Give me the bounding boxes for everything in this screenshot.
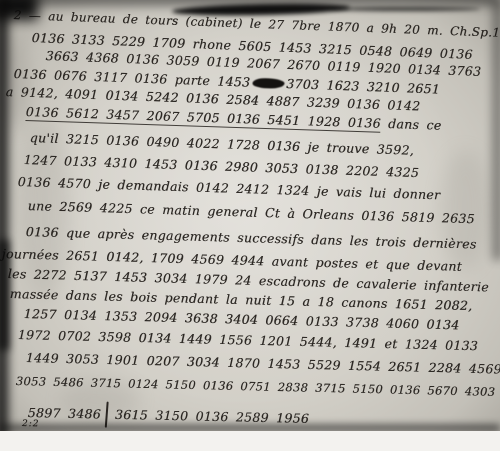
photo-of-document: 2 — au bureau de tours (cabinet) le 27 7… xyxy=(0,0,500,451)
handwritten-line: 1449 3053 1901 0207 3034 1870 1453 5529 … xyxy=(26,350,500,377)
code-groups: 3703 1623 3210 2651 xyxy=(286,76,440,97)
handwritten-line: 0136 que après engagements successifs da… xyxy=(26,224,477,252)
page-mark: 2:2 xyxy=(22,419,40,429)
line-tail: dans ce xyxy=(388,116,442,133)
handwritten-line: 3053 5486 3715 0124 5150 0136 0751 2838 … xyxy=(16,374,496,399)
photo-edge-top xyxy=(0,0,500,4)
pen-stroke xyxy=(105,402,109,428)
ink-blot xyxy=(252,78,284,89)
scanned-cipher-dispatch: { "photo": { "paper_color": "#d2cfc7", "… xyxy=(0,0,500,451)
handwritten-line: une 2569 4225 ce matin general Ct à Orle… xyxy=(28,198,476,226)
handwritten-line: 5897 34863615 3150 0136 2589 1956 xyxy=(27,400,309,432)
code-groups: 3615 3150 0136 2589 1956 xyxy=(115,407,309,426)
photo-margin-bottom xyxy=(0,431,500,451)
photo-edge-left xyxy=(0,0,8,451)
ink-smudge xyxy=(330,7,480,11)
